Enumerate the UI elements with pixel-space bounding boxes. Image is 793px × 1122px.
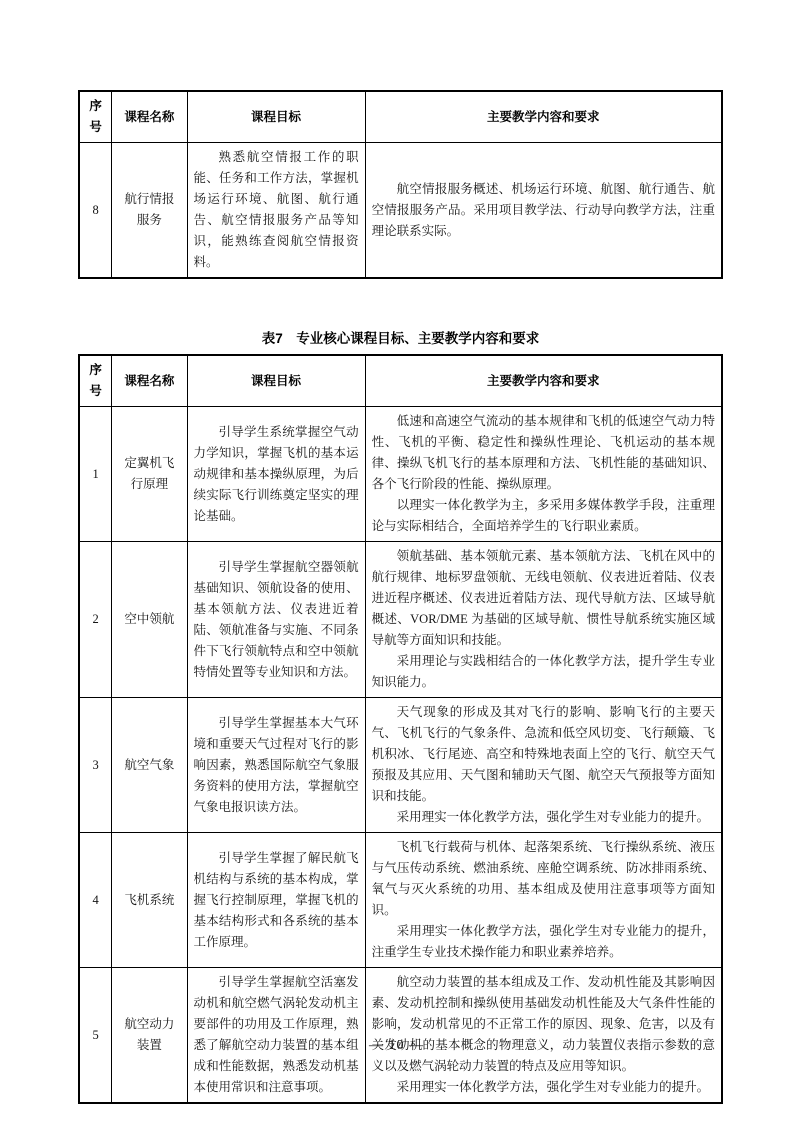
- cell-course-name: 空中领航: [112, 542, 187, 698]
- cell-seq-no: 4: [79, 833, 112, 968]
- cell-main-content: 航空情报服务概述、机场运行环境、航图、航行通告、航空情报服务产品。采用项目教学法…: [365, 143, 722, 279]
- header-course-goal: 课程目标: [187, 355, 365, 407]
- page-number: — 10 —: [0, 1038, 793, 1054]
- content-paragraph: 飞机飞行载荷与机体、起落架系统、飞行操纵系统、液压与气压传动系统、燃油系统、座舱…: [372, 837, 715, 921]
- cell-course-goal: 引导学生掌握基本大气环境和重要天气过程对飞行的影响因素，熟悉国际航空气象服务资料…: [187, 698, 365, 833]
- content-paragraph: 采用理论与实践相结合的一体化教学方法，提升学生专业知识能力。: [372, 651, 715, 693]
- table-header-row: 序号 课程名称 课程目标 主要教学内容和要求: [79, 91, 722, 143]
- header-main-content: 主要教学内容和要求: [365, 355, 722, 407]
- header-seq-no: 序号: [79, 355, 112, 407]
- table-row: 1 定翼机飞行原理 引导学生系统掌握空气动力学知识，掌握飞机的基本运动规律和基本…: [79, 407, 722, 542]
- header-course-goal: 课程目标: [187, 91, 365, 143]
- cell-course-goal: 熟悉航空情报工作的职能、任务和工作方法，掌握机场运行环境、航图、航行通告、航空情…: [187, 143, 365, 279]
- core-course-table: 序号 课程名称 课程目标 主要教学内容和要求 1 定翼机飞行原理 引导学生系统掌…: [78, 354, 723, 1104]
- goal-paragraph: 引导学生系统掌握空气动力学知识，掌握飞机的基本运动规律和基本操纵原理，为后续实际…: [194, 422, 359, 527]
- cell-main-content: 低速和高速空气流动的基本规律和飞机的低速空气动力特性、飞机的平衡、稳定性和操纵性…: [365, 407, 722, 542]
- cell-seq-no: 3: [79, 698, 112, 833]
- content-paragraph: 采用理实一体化教学方法，强化学生对专业能力的提升，注重学生专业技术操作能力和职业…: [372, 921, 715, 963]
- cell-course-goal: 引导学生掌握了解民航飞机结构与系统的基本构成，掌握飞行控制原理，掌握飞机的基本结…: [187, 833, 365, 968]
- goal-paragraph: 引导学生掌握基本大气环境和重要天气过程对飞行的影响因素，熟悉国际航空气象服务资料…: [194, 713, 359, 818]
- content-paragraph: 天气现象的形成及其对飞行的影响、影响飞行的主要天气、飞机飞行的气象条件、急流和低…: [372, 702, 715, 807]
- header-course-name: 课程名称: [112, 355, 187, 407]
- cell-course-name: 航空动力装置: [112, 968, 187, 1104]
- cell-seq-no: 1: [79, 407, 112, 542]
- cell-course-name: 定翼机飞行原理: [112, 407, 187, 542]
- cell-course-goal: 引导学生掌握航空器领航基础知识、领航设备的使用、基本领航方法、仪表进近着陆、领航…: [187, 542, 365, 698]
- cell-main-content: 领航基础、基本领航元素、基本领航方法、飞机在风中的航行规律、地标罗盘领航、无线电…: [365, 542, 722, 698]
- cell-course-name: 飞机系统: [112, 833, 187, 968]
- content-paragraph: 领航基础、基本领航元素、基本领航方法、飞机在风中的航行规律、地标罗盘领航、无线电…: [372, 546, 715, 651]
- header-course-name: 课程名称: [112, 91, 187, 143]
- header-main-content: 主要教学内容和要求: [365, 91, 722, 143]
- page-content: 序号 课程名称 课程目标 主要教学内容和要求 8 航行情报服务 熟悉航空情报工作…: [78, 0, 723, 1104]
- header-seq-no: 序号: [79, 91, 112, 143]
- document-page: 序号 课程名称 课程目标 主要教学内容和要求 8 航行情报服务 熟悉航空情报工作…: [0, 0, 793, 1122]
- goal-paragraph: 引导学生掌握航空活塞发动机和航空燃气涡轮发动机主要部件的功用及工作原理，熟悉了解…: [194, 972, 359, 1098]
- cell-seq-no: 2: [79, 542, 112, 698]
- table-row: 8 航行情报服务 熟悉航空情报工作的职能、任务和工作方法，掌握机场运行环境、航图…: [79, 143, 722, 279]
- table7-caption: 表7 专业核心课程目标、主要教学内容和要求: [78, 327, 723, 347]
- cell-seq-no: 8: [79, 143, 112, 279]
- content-paragraph: 航空情报服务概述、机场运行环境、航图、航行通告、航空情报服务产品。采用项目教学法…: [372, 179, 715, 242]
- content-paragraph: 采用理实一体化教学方法，强化学生对专业能力的提升。: [372, 1077, 715, 1098]
- table-row: 3 航空气象 引导学生掌握基本大气环境和重要天气过程对飞行的影响因素，熟悉国际航…: [79, 698, 722, 833]
- goal-paragraph: 熟悉航空情报工作的职能、任务和工作方法，掌握机场运行环境、航图、航行通告、航空情…: [194, 147, 359, 273]
- goal-paragraph: 引导学生掌握航空器领航基础知识、领航设备的使用、基本领航方法、仪表进近着陆、领航…: [194, 557, 359, 683]
- goal-paragraph: 引导学生掌握了解民航飞机结构与系统的基本构成，掌握飞行控制原理，掌握飞机的基本结…: [194, 848, 359, 953]
- cell-course-name: 航行情报服务: [112, 143, 187, 279]
- table-row: 5 航空动力装置 引导学生掌握航空活塞发动机和航空燃气涡轮发动机主要部件的功用及…: [79, 968, 722, 1104]
- cell-seq-no: 5: [79, 968, 112, 1104]
- cell-main-content: 飞机飞行载荷与机体、起落架系统、飞行操纵系统、液压与气压传动系统、燃油系统、座舱…: [365, 833, 722, 968]
- cell-course-goal: 引导学生掌握航空活塞发动机和航空燃气涡轮发动机主要部件的功用及工作原理，熟悉了解…: [187, 968, 365, 1104]
- table-row: 2 空中领航 引导学生掌握航空器领航基础知识、领航设备的使用、基本领航方法、仪表…: [79, 542, 722, 698]
- content-paragraph: 以理实一体化教学为主，多采用多媒体教学手段，注重理论与实际相结合，全面培养学生的…: [372, 495, 715, 537]
- course-table-continuation: 序号 课程名称 课程目标 主要教学内容和要求 8 航行情报服务 熟悉航空情报工作…: [78, 90, 723, 279]
- cell-course-goal: 引导学生系统掌握空气动力学知识，掌握飞机的基本运动规律和基本操纵原理，为后续实际…: [187, 407, 365, 542]
- content-paragraph: 采用理实一体化教学方法，强化学生对专业能力的提升。: [372, 807, 715, 828]
- cell-main-content: 天气现象的形成及其对飞行的影响、影响飞行的主要天气、飞机飞行的气象条件、急流和低…: [365, 698, 722, 833]
- cell-course-name: 航空气象: [112, 698, 187, 833]
- table-row: 4 飞机系统 引导学生掌握了解民航飞机结构与系统的基本构成，掌握飞行控制原理，掌…: [79, 833, 722, 968]
- table-header-row: 序号 课程名称 课程目标 主要教学内容和要求: [79, 355, 722, 407]
- content-paragraph: 航空动力装置的基本组成及工作、发动机性能及其影响因素、发动机控制和操纵使用基础发…: [372, 972, 715, 1077]
- cell-main-content: 航空动力装置的基本组成及工作、发动机性能及其影响因素、发动机控制和操纵使用基础发…: [365, 968, 722, 1104]
- content-paragraph: 低速和高速空气流动的基本规律和飞机的低速空气动力特性、飞机的平衡、稳定性和操纵性…: [372, 411, 715, 495]
